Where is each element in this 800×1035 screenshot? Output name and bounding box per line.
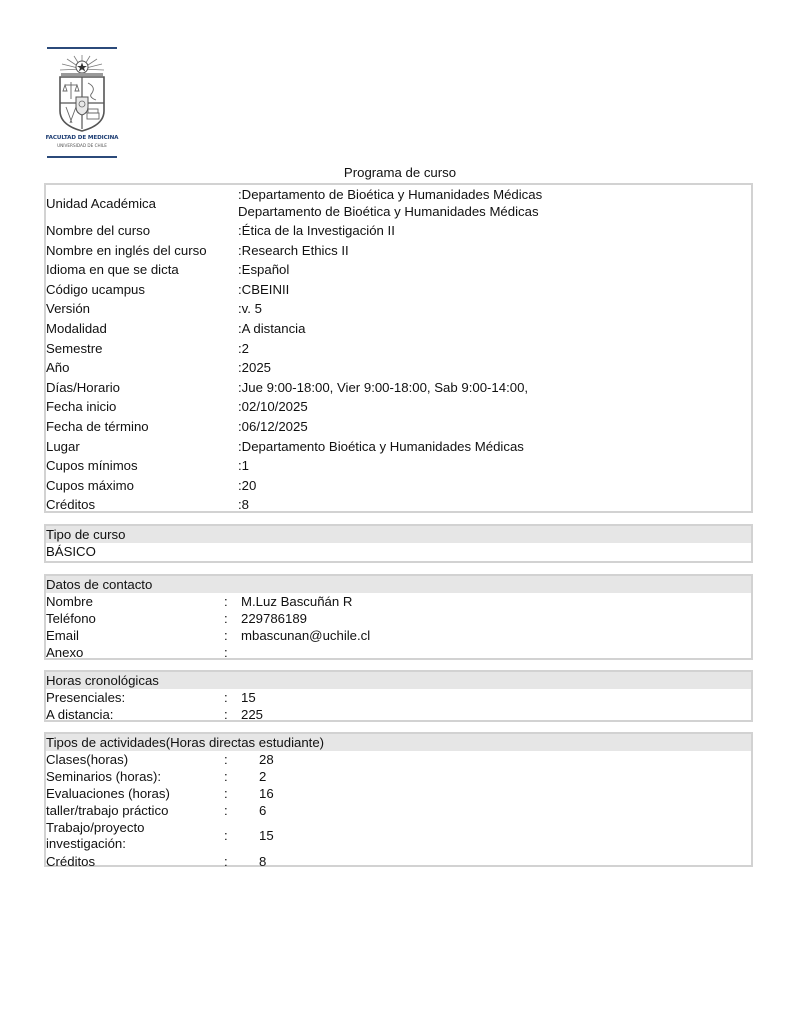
actividades-separator: : [224, 827, 228, 844]
course-info-value: :8 [238, 495, 249, 514]
university-name: UNIVERSIDAD DE CHILE [44, 143, 120, 148]
course-info-value: :2 [238, 339, 249, 358]
course-info-label: Código ucampus [46, 280, 145, 299]
faculty-logo: FACULTAD DE MEDICINA UNIVERSIDAD DE CHIL… [44, 45, 120, 161]
actividades-value: 6 [259, 802, 266, 819]
university-crest-icon [52, 53, 112, 133]
course-info-label: Nombre en inglés del curso [46, 241, 207, 260]
course-type-section: Tipo de curso BÁSICO [44, 524, 753, 563]
chronological-hours-section: Horas cronológicas Presenciales::15A dis… [44, 670, 753, 722]
faculty-name: FACULTAD DE MEDICINA [44, 135, 120, 141]
contacto-label: Email [46, 627, 79, 644]
actividades-value: 15 [259, 827, 274, 844]
course-type-value: BÁSICO [46, 543, 96, 560]
actividades-label: Créditos [46, 853, 95, 870]
contacto-value: M.Luz Bascuñán R [241, 593, 352, 610]
course-info-value: :02/10/2025 [238, 397, 308, 416]
actividades-row: Créditos:8 [46, 853, 751, 870]
contacto-separator: : [224, 644, 228, 661]
contacto-separator: : [224, 627, 228, 644]
horas-label: A distancia: [46, 706, 113, 723]
contacto-value: 229786189 [241, 610, 307, 627]
course-info-value: :Ética de la Investigación II [238, 221, 395, 240]
course-info-label: Días/Horario [46, 378, 120, 397]
course-info-value: :A distancia [238, 319, 305, 338]
course-info-label: Fecha inicio [46, 397, 116, 416]
horas-value: 225 [241, 706, 263, 723]
actividades-value: 16 [259, 785, 274, 802]
course-info-label: Cupos máximo [46, 476, 134, 495]
actividades-separator: : [224, 785, 228, 802]
course-info-label: Fecha de término [46, 417, 149, 436]
contacto-value: mbascunan@uchile.cl [241, 627, 370, 644]
actividades-label: taller/trabajo práctico [46, 802, 168, 819]
course-info-label: Modalidad [46, 319, 107, 338]
horas-row: Presenciales::15 [46, 689, 751, 706]
course-info-value: :2025 [238, 358, 271, 377]
actividades-row: Clases(horas):28 [46, 751, 751, 768]
course-info-value: :20 [238, 476, 256, 495]
course-info-value: :v. 5 [238, 299, 262, 318]
course-info-value: :06/12/2025 [238, 417, 308, 436]
activity-types-heading: Tipos de actividades(Horas directas estu… [46, 734, 751, 751]
course-info-value: :Jue 9:00-18:00, Vier 9:00-18:00, Sab 9:… [238, 378, 528, 397]
actividades-value: 28 [259, 751, 274, 768]
actividades-value: 2 [259, 768, 266, 785]
actividades-label: Seminarios (horas): [46, 768, 161, 785]
actividades-row: Trabajo/proyecto investigación::15 [46, 819, 751, 853]
contacto-row: Email:mbascunan@uchile.cl [46, 627, 751, 644]
horas-value: 15 [241, 689, 256, 706]
logo-bottom-rule [47, 156, 117, 158]
unidad-academica-value-line2: Departamento de Bioética y Humanidades M… [238, 202, 539, 221]
course-info-label: Lugar [46, 437, 80, 456]
contact-section: Datos de contacto Nombre:M.Luz Bascuñán … [44, 574, 753, 660]
contacto-separator: : [224, 610, 228, 627]
contacto-row: Anexo: [46, 644, 751, 661]
course-info-value: :Departamento Bioética y Humanidades Méd… [238, 437, 524, 456]
course-type-heading: Tipo de curso [46, 526, 751, 543]
actividades-label: Clases(horas) [46, 751, 128, 768]
actividades-row: Seminarios (horas)::2 [46, 768, 751, 785]
actividades-row: Evaluaciones (horas):16 [46, 785, 751, 802]
course-info-label: Nombre del curso [46, 221, 150, 240]
contacto-label: Nombre [46, 593, 93, 610]
course-info-label: Idioma en que se dicta [46, 260, 179, 279]
unidad-academica-label: Unidad Académica [46, 194, 156, 213]
actividades-separator: : [224, 802, 228, 819]
chronological-hours-heading: Horas cronológicas [46, 672, 751, 689]
actividades-row: taller/trabajo práctico:6 [46, 802, 751, 819]
actividades-separator: : [224, 751, 228, 768]
activity-types-section: Tipos de actividades(Horas directas estu… [44, 732, 753, 867]
course-info-value: :1 [238, 456, 249, 475]
course-info-label: Versión [46, 299, 90, 318]
actividades-value: 8 [259, 853, 266, 870]
horas-separator: : [224, 706, 228, 723]
horas-row: A distancia::225 [46, 706, 751, 723]
contacto-row: Teléfono:229786189 [46, 610, 751, 627]
actividades-label: Trabajo/proyecto investigación: [46, 820, 196, 852]
course-info-value: :Español [238, 260, 289, 279]
contact-heading: Datos de contacto [46, 576, 751, 593]
course-info-table: Unidad Académica :Departamento de Bioéti… [44, 183, 753, 513]
contacto-row: Nombre:M.Luz Bascuñán R [46, 593, 751, 610]
horas-separator: : [224, 689, 228, 706]
course-info-label: Cupos mínimos [46, 456, 138, 475]
logo-top-rule [47, 47, 117, 49]
course-info-label: Año [46, 358, 69, 377]
course-info-value: :CBEINII [238, 280, 289, 299]
contacto-label: Teléfono [46, 610, 96, 627]
course-info-value: :Research Ethics II [238, 241, 349, 260]
actividades-label: Evaluaciones (horas) [46, 785, 170, 802]
course-info-label: Semestre [46, 339, 102, 358]
course-info-label: Créditos [46, 495, 95, 514]
page-title: Programa de curso [0, 165, 800, 180]
horas-label: Presenciales: [46, 689, 125, 706]
course-type-value-row: BÁSICO [46, 543, 751, 560]
actividades-separator: : [224, 853, 228, 870]
contacto-separator: : [224, 593, 228, 610]
contacto-label: Anexo [46, 644, 83, 661]
actividades-separator: : [224, 768, 228, 785]
